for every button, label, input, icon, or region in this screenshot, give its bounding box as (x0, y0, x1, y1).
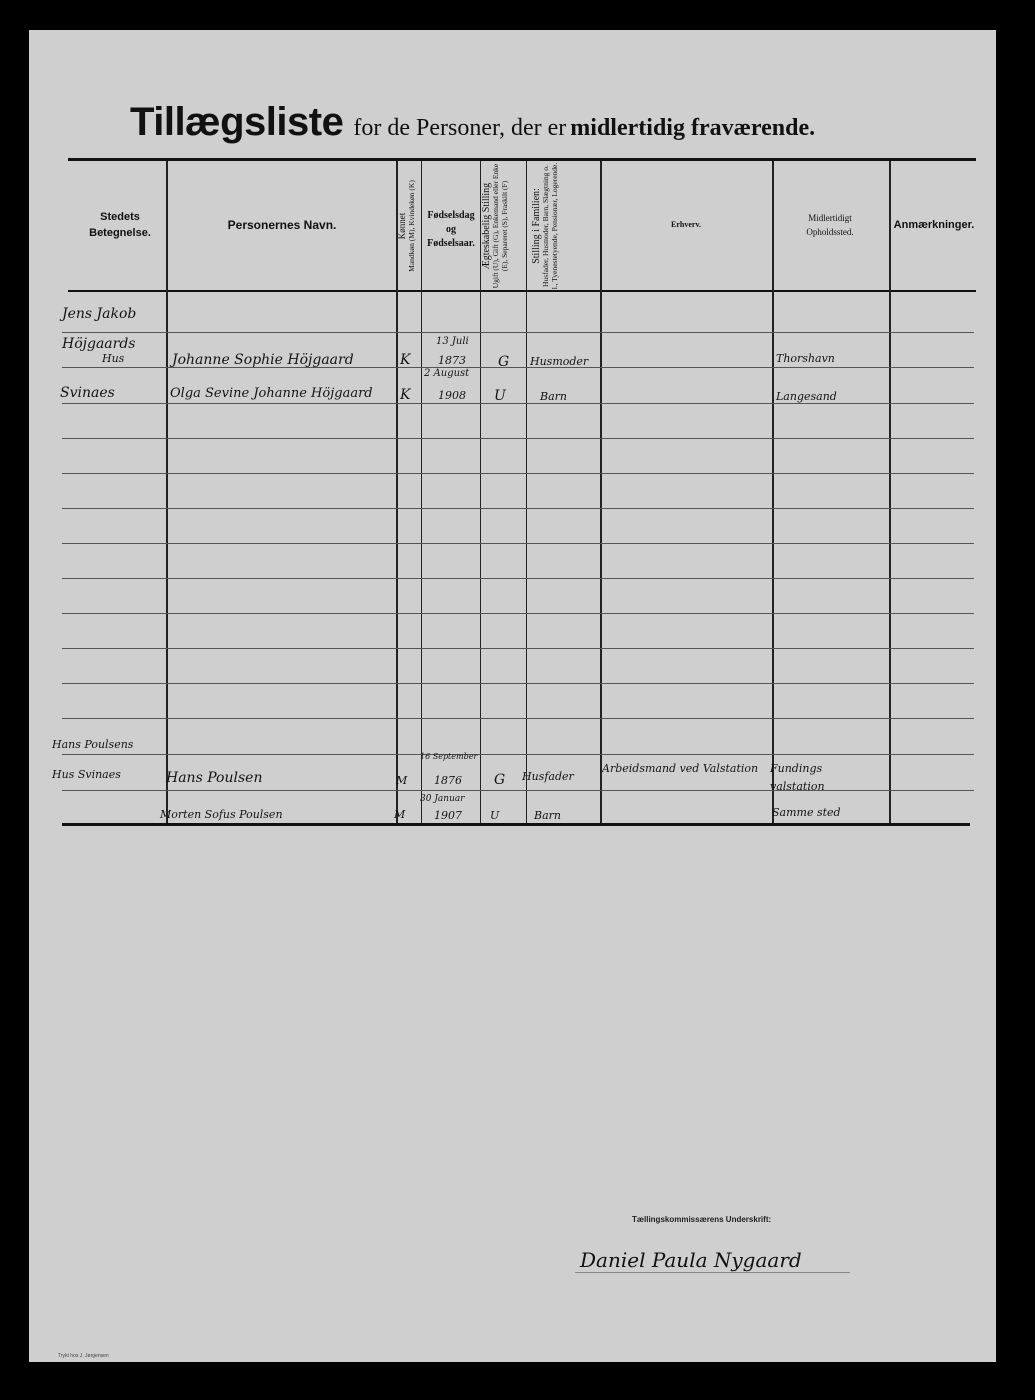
top-rule (68, 158, 976, 161)
person-sex: K (400, 387, 410, 403)
header-residence: Midlertidigt Opholdssted. (790, 205, 870, 245)
place-line: Hus Svinaes (52, 768, 121, 781)
residence: Thorshavn (776, 352, 835, 365)
col-divider (526, 161, 527, 823)
birth-year: 1873 (438, 354, 466, 367)
place-line: Svinaes (60, 385, 115, 401)
place-line: Höjgaards (62, 336, 135, 352)
family-position: Barn (540, 390, 567, 403)
person-sex: K (400, 352, 410, 368)
occupation: Arbeidsmand ved Valstation (602, 760, 772, 778)
family-position: Barn (534, 809, 561, 822)
birth-day: 13 Juli (436, 336, 469, 347)
place-line: Jens Jakob (62, 306, 136, 322)
row-line (62, 403, 974, 404)
row-line (62, 683, 974, 684)
col-divider (421, 161, 422, 823)
header-marital: Ægteskabelig Stilling Ugift (U), Gift (G… (482, 162, 509, 290)
marital-status: U (490, 809, 499, 822)
residence: Samme sted (772, 806, 841, 819)
marital-status: G (494, 772, 505, 788)
title-part1: for de Personer, der er (353, 115, 566, 141)
row-line (62, 508, 974, 509)
bottom-rule (62, 823, 970, 826)
signature-label: Tællingskommissærens Underskrift: (632, 1215, 771, 1224)
signature: Daniel Paula Nygaard (580, 1248, 802, 1272)
person-sex: M (396, 774, 407, 787)
header-occupation: Erhverv. (600, 210, 772, 240)
place-line: Hus (102, 352, 124, 365)
col-divider (772, 161, 774, 823)
header-marital-sub: Ugift (U), Gift (G), Enkemand eller Enke… (491, 162, 509, 290)
title-part2: midlertidig fraværende. (570, 115, 815, 141)
printer-mark: Trykt hos J. Jørgensen (58, 1353, 109, 1359)
row-line (62, 543, 974, 544)
birth-day: 16 September (420, 752, 477, 761)
person-name: Johanne Sophie Höjgaard (172, 352, 354, 368)
birth-day: 2 August (424, 368, 469, 379)
header-sex-label: Kønnet (398, 164, 407, 288)
col-divider (600, 161, 602, 823)
header-place: Stedets Betegnelse. (90, 200, 150, 250)
residence: Fundings valstation (770, 760, 870, 796)
col-divider (166, 161, 168, 823)
header-marital-label: Ægteskabelig Stilling (482, 162, 491, 290)
header-sex: Kønnet Mandkøn (M), Kvindekøn (K) (398, 164, 416, 288)
person-name: Hans Poulsen (166, 770, 262, 786)
person-sex: M (394, 808, 405, 821)
signature-line (575, 1272, 850, 1273)
birth-year: 1876 (434, 774, 462, 787)
header-name: Personernes Navn. (168, 200, 396, 250)
form-title: Tillægsliste for de Personer, der er mid… (130, 100, 815, 145)
row-line (62, 648, 974, 649)
person-name: Morten Sofus Poulsen (160, 808, 283, 821)
row-line (62, 473, 974, 474)
row-line (62, 754, 974, 755)
marital-status: G (498, 354, 509, 370)
header-family-label: Stilling i Familien: (532, 162, 541, 290)
birth-year: 1908 (438, 389, 466, 402)
row-line (62, 438, 974, 439)
person-name: Olga Sevine Johanne Höjgaard (170, 386, 373, 401)
residence: Langesand (776, 390, 837, 403)
marital-status: U (494, 388, 506, 404)
header-remarks: Anmærkninger. (890, 210, 978, 240)
row-line (62, 718, 974, 719)
birth-year: 1907 (434, 809, 462, 822)
place-line: Hans Poulsens (52, 738, 133, 751)
col-divider (889, 161, 891, 823)
header-family-sub: Husfader, Husmoder, Barn, Slægtning o. l… (541, 162, 559, 290)
row-line (62, 613, 974, 614)
family-position: Husmoder (530, 355, 588, 368)
header-family: Stilling i Familien: Husfader, Husmoder,… (532, 162, 559, 290)
birth-day: 30 Januar (420, 794, 465, 804)
header-sex-sub: Mandkøn (M), Kvindekøn (K) (407, 164, 416, 288)
title-main: Tillægsliste (130, 100, 343, 144)
row-line (62, 332, 974, 333)
header-birth: Fødselsdag og Fødselsaar. (422, 200, 480, 260)
header-rule (68, 290, 976, 292)
row-line (62, 578, 974, 579)
family-position: Husfader (522, 770, 574, 783)
